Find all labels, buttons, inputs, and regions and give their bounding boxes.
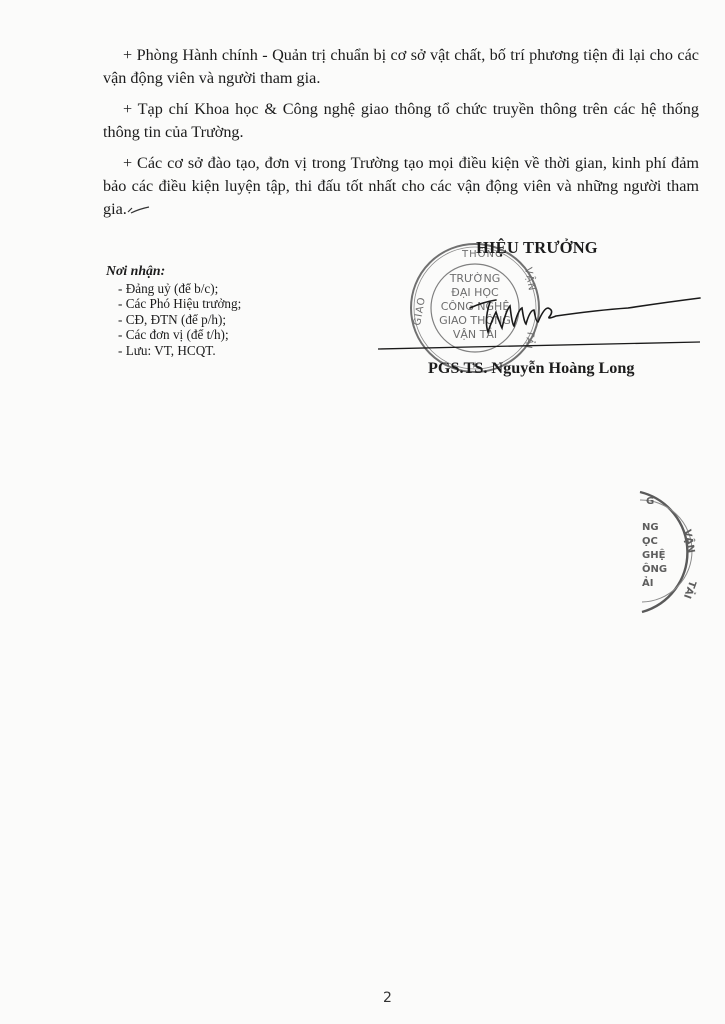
svg-text:NG: NG <box>642 522 659 533</box>
recipient-item: - Các đơn vị (để t/h); <box>118 327 241 343</box>
recipients-list: - Đảng uỷ (để b/c); - Các Phó Hiệu trưởn… <box>106 281 241 359</box>
paragraph-journal: + Tạp chí Khoa học & Công nghệ giao thôn… <box>103 98 699 144</box>
handwritten-mark-icon <box>127 205 151 215</box>
svg-text:VẬN: VẬN <box>681 528 698 554</box>
document-page: + Phòng Hành chính - Quản trị chuẩn bị c… <box>0 0 725 1024</box>
recipients-block: Nơi nhận: - Đảng uỷ (để b/c); - Các Phó … <box>106 263 241 359</box>
handwritten-signature-icon <box>378 280 708 360</box>
recipient-item: - Đảng uỷ (để b/c); <box>118 281 241 297</box>
svg-text:ẢI: ẢI <box>642 575 653 589</box>
svg-text:GHỆ: GHỆ <box>642 548 666 561</box>
recipients-title: Nơi nhận: <box>106 263 241 279</box>
recipient-item: - Lưu: VT, HCQT. <box>118 343 241 359</box>
signer-name: PGS.TS. Nguyễn Hoàng Long <box>428 359 634 378</box>
partial-stamp-icon: G NG ỌC GHỆ ÔNG ẢI VẬN TẢI <box>612 480 712 620</box>
paragraph-administration: + Phòng Hành chính - Quản trị chuẩn bị c… <box>103 44 699 90</box>
recipient-item: - Các Phó Hiệu trưởng; <box>118 296 241 312</box>
recipient-item: - CĐ, ĐTN (để p/h); <box>118 312 241 328</box>
page-number: 2 <box>383 990 392 1006</box>
paragraph-text: + Phòng Hành chính - Quản trị chuẩn bị c… <box>103 46 699 87</box>
paragraph-units: + Các cơ sở đào tạo, đơn vị trong Trường… <box>103 152 699 221</box>
paragraph-text: + Tạp chí Khoa học & Công nghệ giao thôn… <box>103 100 699 141</box>
signature-title: HIỆU TRƯỞNG <box>476 238 598 258</box>
svg-text:G: G <box>646 496 654 507</box>
paragraph-text: + Các cơ sở đào tạo, đơn vị trong Trường… <box>103 154 699 218</box>
svg-text:ỌC: ỌC <box>642 536 658 547</box>
svg-text:ÔNG: ÔNG <box>642 562 667 575</box>
svg-text:TẢI: TẢI <box>681 579 700 601</box>
